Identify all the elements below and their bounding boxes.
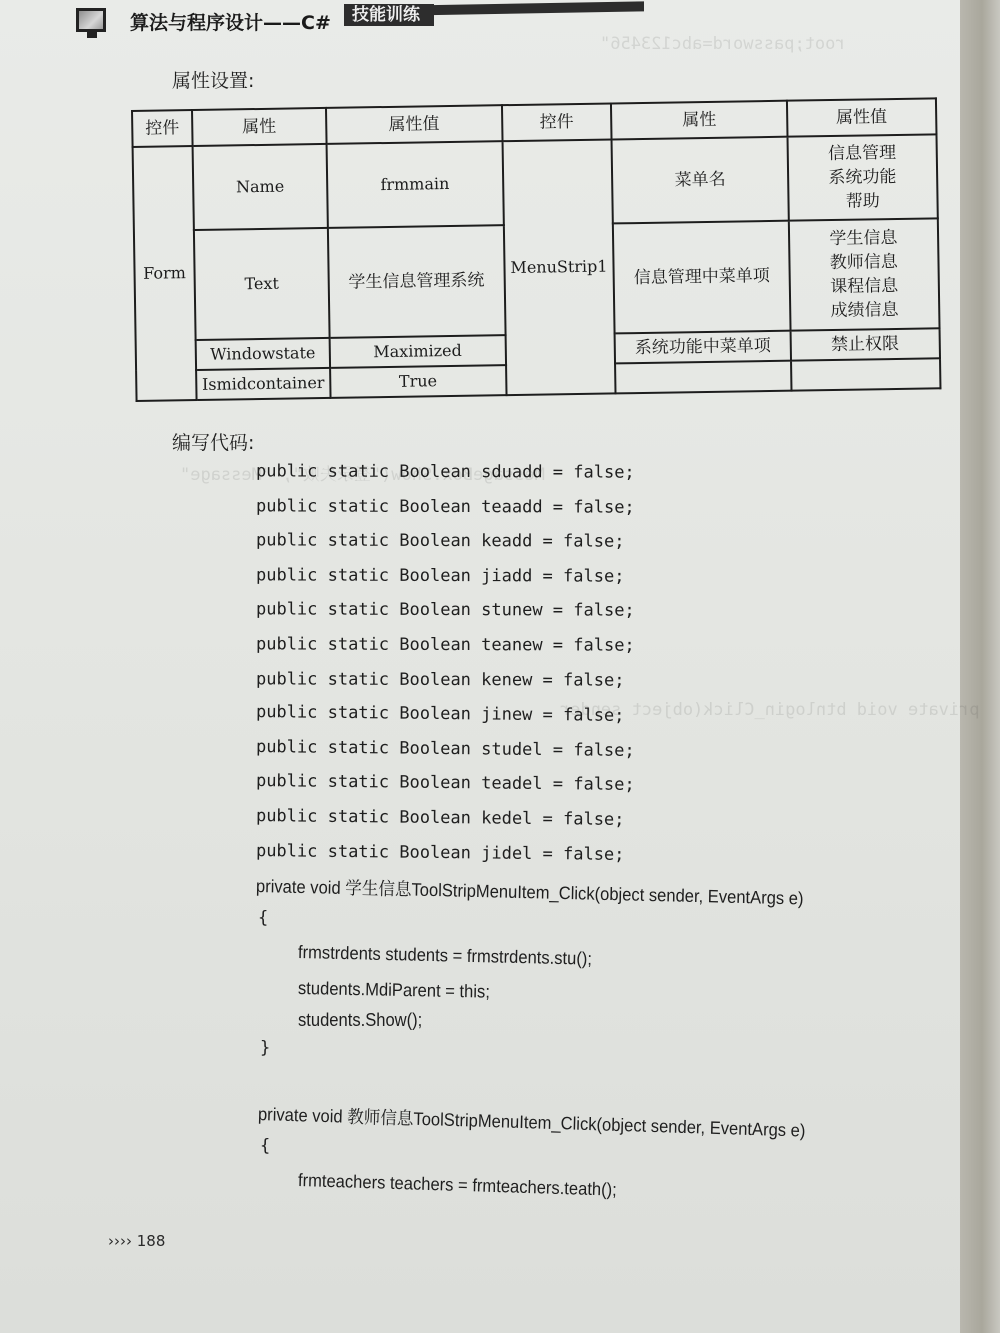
code-declaration-line: public static Boolean jiadd = false; bbox=[256, 565, 625, 586]
code-declaration-line: public static Boolean stunew = false; bbox=[256, 600, 635, 621]
code-declaration-line: public static Boolean kedel = false; bbox=[256, 806, 625, 830]
header-cell: 属性 bbox=[192, 108, 327, 146]
code-declaration-line: public static Boolean jinew = false; bbox=[256, 702, 625, 726]
menu-item: 课程信息 bbox=[794, 273, 934, 299]
code-brace-open: { bbox=[260, 1136, 270, 1156]
header-cell: 属性 bbox=[611, 101, 787, 140]
control-cell-form: Form bbox=[133, 146, 197, 401]
property-cell: 系统功能中菜单项 bbox=[615, 331, 791, 364]
menu-name: 系统功能 bbox=[793, 164, 933, 190]
property-settings-label: 属性设置: bbox=[172, 66, 254, 93]
header-cell: 属性值 bbox=[326, 105, 502, 144]
monitor-icon bbox=[76, 8, 106, 32]
empty-cell bbox=[616, 361, 792, 394]
code-brace-open: { bbox=[258, 908, 268, 928]
book-title: 算法与程序设计——C# bbox=[130, 8, 331, 35]
control-cell-menustrip: MenuStrip1 bbox=[502, 139, 616, 395]
menu-name: 信息管理 bbox=[792, 140, 932, 166]
value-cell: frmmain bbox=[326, 141, 503, 228]
empty-cell bbox=[791, 358, 941, 390]
code-line: students.Show(); bbox=[298, 1010, 422, 1030]
book-spine bbox=[960, 0, 1000, 1333]
code-declaration-line: public static Boolean sduadd = false; bbox=[256, 461, 635, 482]
value-cell: True bbox=[330, 365, 506, 398]
code-declaration-line: public static Boolean kenew = false; bbox=[256, 669, 625, 690]
code-declaration-line: public static Boolean teaadd = false; bbox=[256, 496, 635, 517]
monitor-stand-icon bbox=[87, 32, 97, 38]
code-declaration-line: public static Boolean teanew = false; bbox=[256, 634, 635, 655]
page-number: ›››› 188 bbox=[108, 1232, 165, 1250]
value-cell: 禁止权限 bbox=[790, 328, 940, 360]
value-cell: 信息管理 系统功能 帮助 bbox=[787, 134, 938, 220]
menu-name: 帮助 bbox=[793, 188, 933, 214]
property-cell: Windowstate bbox=[196, 338, 330, 370]
property-cell: Text bbox=[194, 228, 330, 340]
value-cell: Maximized bbox=[330, 335, 506, 368]
section-tag: 技能训练 bbox=[344, 4, 434, 26]
menu-item: 学生信息 bbox=[794, 225, 934, 251]
table-row: Form Name frmmain MenuStrip1 菜单名 信息管理 系统… bbox=[133, 134, 938, 231]
header-cell: 控件 bbox=[132, 110, 193, 147]
code-declaration-line: public static Boolean keadd = false; bbox=[256, 531, 625, 552]
code-declaration-line: public static Boolean studel = false; bbox=[256, 737, 635, 761]
header-cell: 属性值 bbox=[787, 98, 937, 136]
menu-item: 成绩信息 bbox=[795, 297, 935, 323]
property-cell: 信息管理中菜单项 bbox=[613, 221, 790, 334]
property-table: 控件 属性 属性值 控件 属性 属性值 Form Name frmmain Me… bbox=[131, 97, 941, 402]
property-cell: Ismidcontainer bbox=[196, 368, 330, 400]
code-line: students.MdiParent = this; bbox=[298, 978, 490, 1002]
value-cell: 学生信息 教师信息 课程信息 成绩信息 bbox=[788, 218, 939, 330]
value-cell: 学生信息管理系统 bbox=[328, 225, 505, 338]
page-header: 算法与程序设计——C# 技能训练 bbox=[74, 4, 974, 44]
code-declaration-line: public static Boolean jidel = false; bbox=[256, 841, 625, 865]
property-cell: Name bbox=[193, 144, 328, 230]
header-cell: 控件 bbox=[501, 103, 612, 141]
write-code-label: 编写代码: bbox=[172, 428, 254, 455]
menu-item: 教师信息 bbox=[794, 249, 934, 275]
property-cell: 菜单名 bbox=[612, 137, 788, 224]
code-brace-close: } bbox=[260, 1038, 270, 1058]
